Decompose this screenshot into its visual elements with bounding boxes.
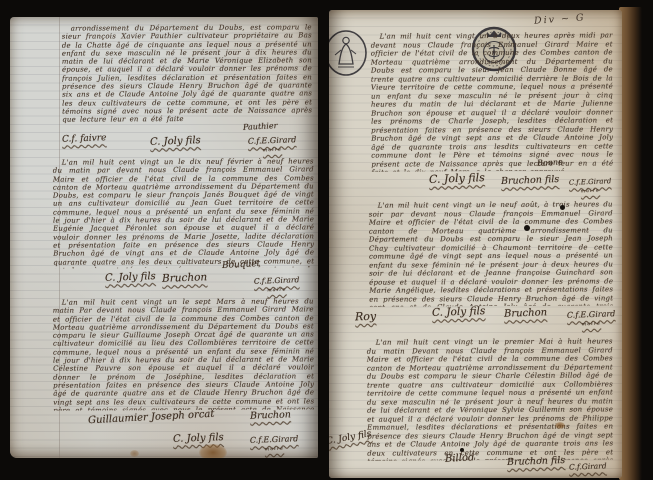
witness-signature: Bruchon — [504, 307, 547, 319]
birth-act-paragraph: arrondissement du Département du Doubs, … — [62, 23, 313, 135]
stain — [555, 422, 565, 429]
corner-annotation: Div ~ G — [534, 12, 586, 27]
mayor-signature: C.f.E.Girardmaire — [569, 177, 612, 194]
mayor-title: maire — [567, 321, 616, 328]
mayor-signature: C.f.E.Girardmaire — [248, 135, 297, 154]
witness-signature: C. Joly fils — [432, 305, 486, 319]
birth-act-paragraph: L'an mil huit cent vingt un le neuf août… — [369, 200, 614, 306]
witness-signature: Bruchon — [250, 409, 291, 421]
mayor-title: maire — [250, 446, 299, 453]
witness-signature: Bruchon fils — [501, 174, 560, 187]
mayor-signature: C.f.E.Girardmaire — [254, 275, 300, 294]
witness-signature: Bruchon — [162, 271, 208, 285]
birth-act-paragraph: L'an mil huit cent vingt un le premier M… — [367, 337, 614, 460]
witness-signature: C. Joly fils — [429, 171, 485, 186]
mayor-title: maire — [248, 147, 297, 154]
page-stack-edge — [619, 7, 642, 480]
register-left-page: arrondissement du Département du Doubs, … — [10, 17, 318, 458]
birth-act-paragraph: L'an mil huit cent vingt un à deux heure… — [371, 31, 614, 171]
mayor-signature: C.f.Girard — [569, 461, 607, 471]
mayor-title: maire — [254, 287, 300, 294]
witness-signature: C. Joly fils — [105, 271, 156, 284]
ink-blot — [560, 205, 565, 210]
witness-signature: C. Joly fils — [173, 432, 224, 445]
birth-act-paragraph: L'an mil huit cent vingt un le dix neuf … — [53, 157, 315, 268]
father-signature: Pauthier — [243, 121, 278, 132]
father-signature: Bonne — [537, 157, 563, 167]
witness-signature: Bruchon fils — [507, 455, 566, 468]
mayor-signature: C.f.E.Girardmaire — [567, 309, 616, 328]
archival-scan: { "frame": { "background_color": "#0c0a0… — [0, 0, 653, 480]
father-signature: Bouquet — [222, 259, 261, 271]
stain — [130, 450, 139, 457]
register-right-page: Div ~ G L'an mil huit cent vingt un à de… — [329, 10, 622, 478]
margin-witness-signature: C. Joly fils — [329, 429, 372, 447]
father-signature: Roy — [355, 310, 377, 324]
witness-signature: C. Joly fils — [150, 135, 201, 148]
mayor-title: maire — [569, 188, 612, 194]
father-signature: Billod — [445, 452, 475, 465]
ink-blot — [524, 225, 530, 231]
mayor-signature: C.f.E.Girardmaire — [250, 434, 299, 453]
witness-signature: C.f. faivre — [62, 133, 107, 145]
birth-act-paragraph: L'an mil huit cent vingt un le sept Mars… — [53, 297, 315, 410]
standing-figure-seal-icon — [329, 28, 369, 78]
stain — [199, 444, 227, 458]
father-signature: Guillaumier Joseph orcat — [88, 409, 215, 427]
